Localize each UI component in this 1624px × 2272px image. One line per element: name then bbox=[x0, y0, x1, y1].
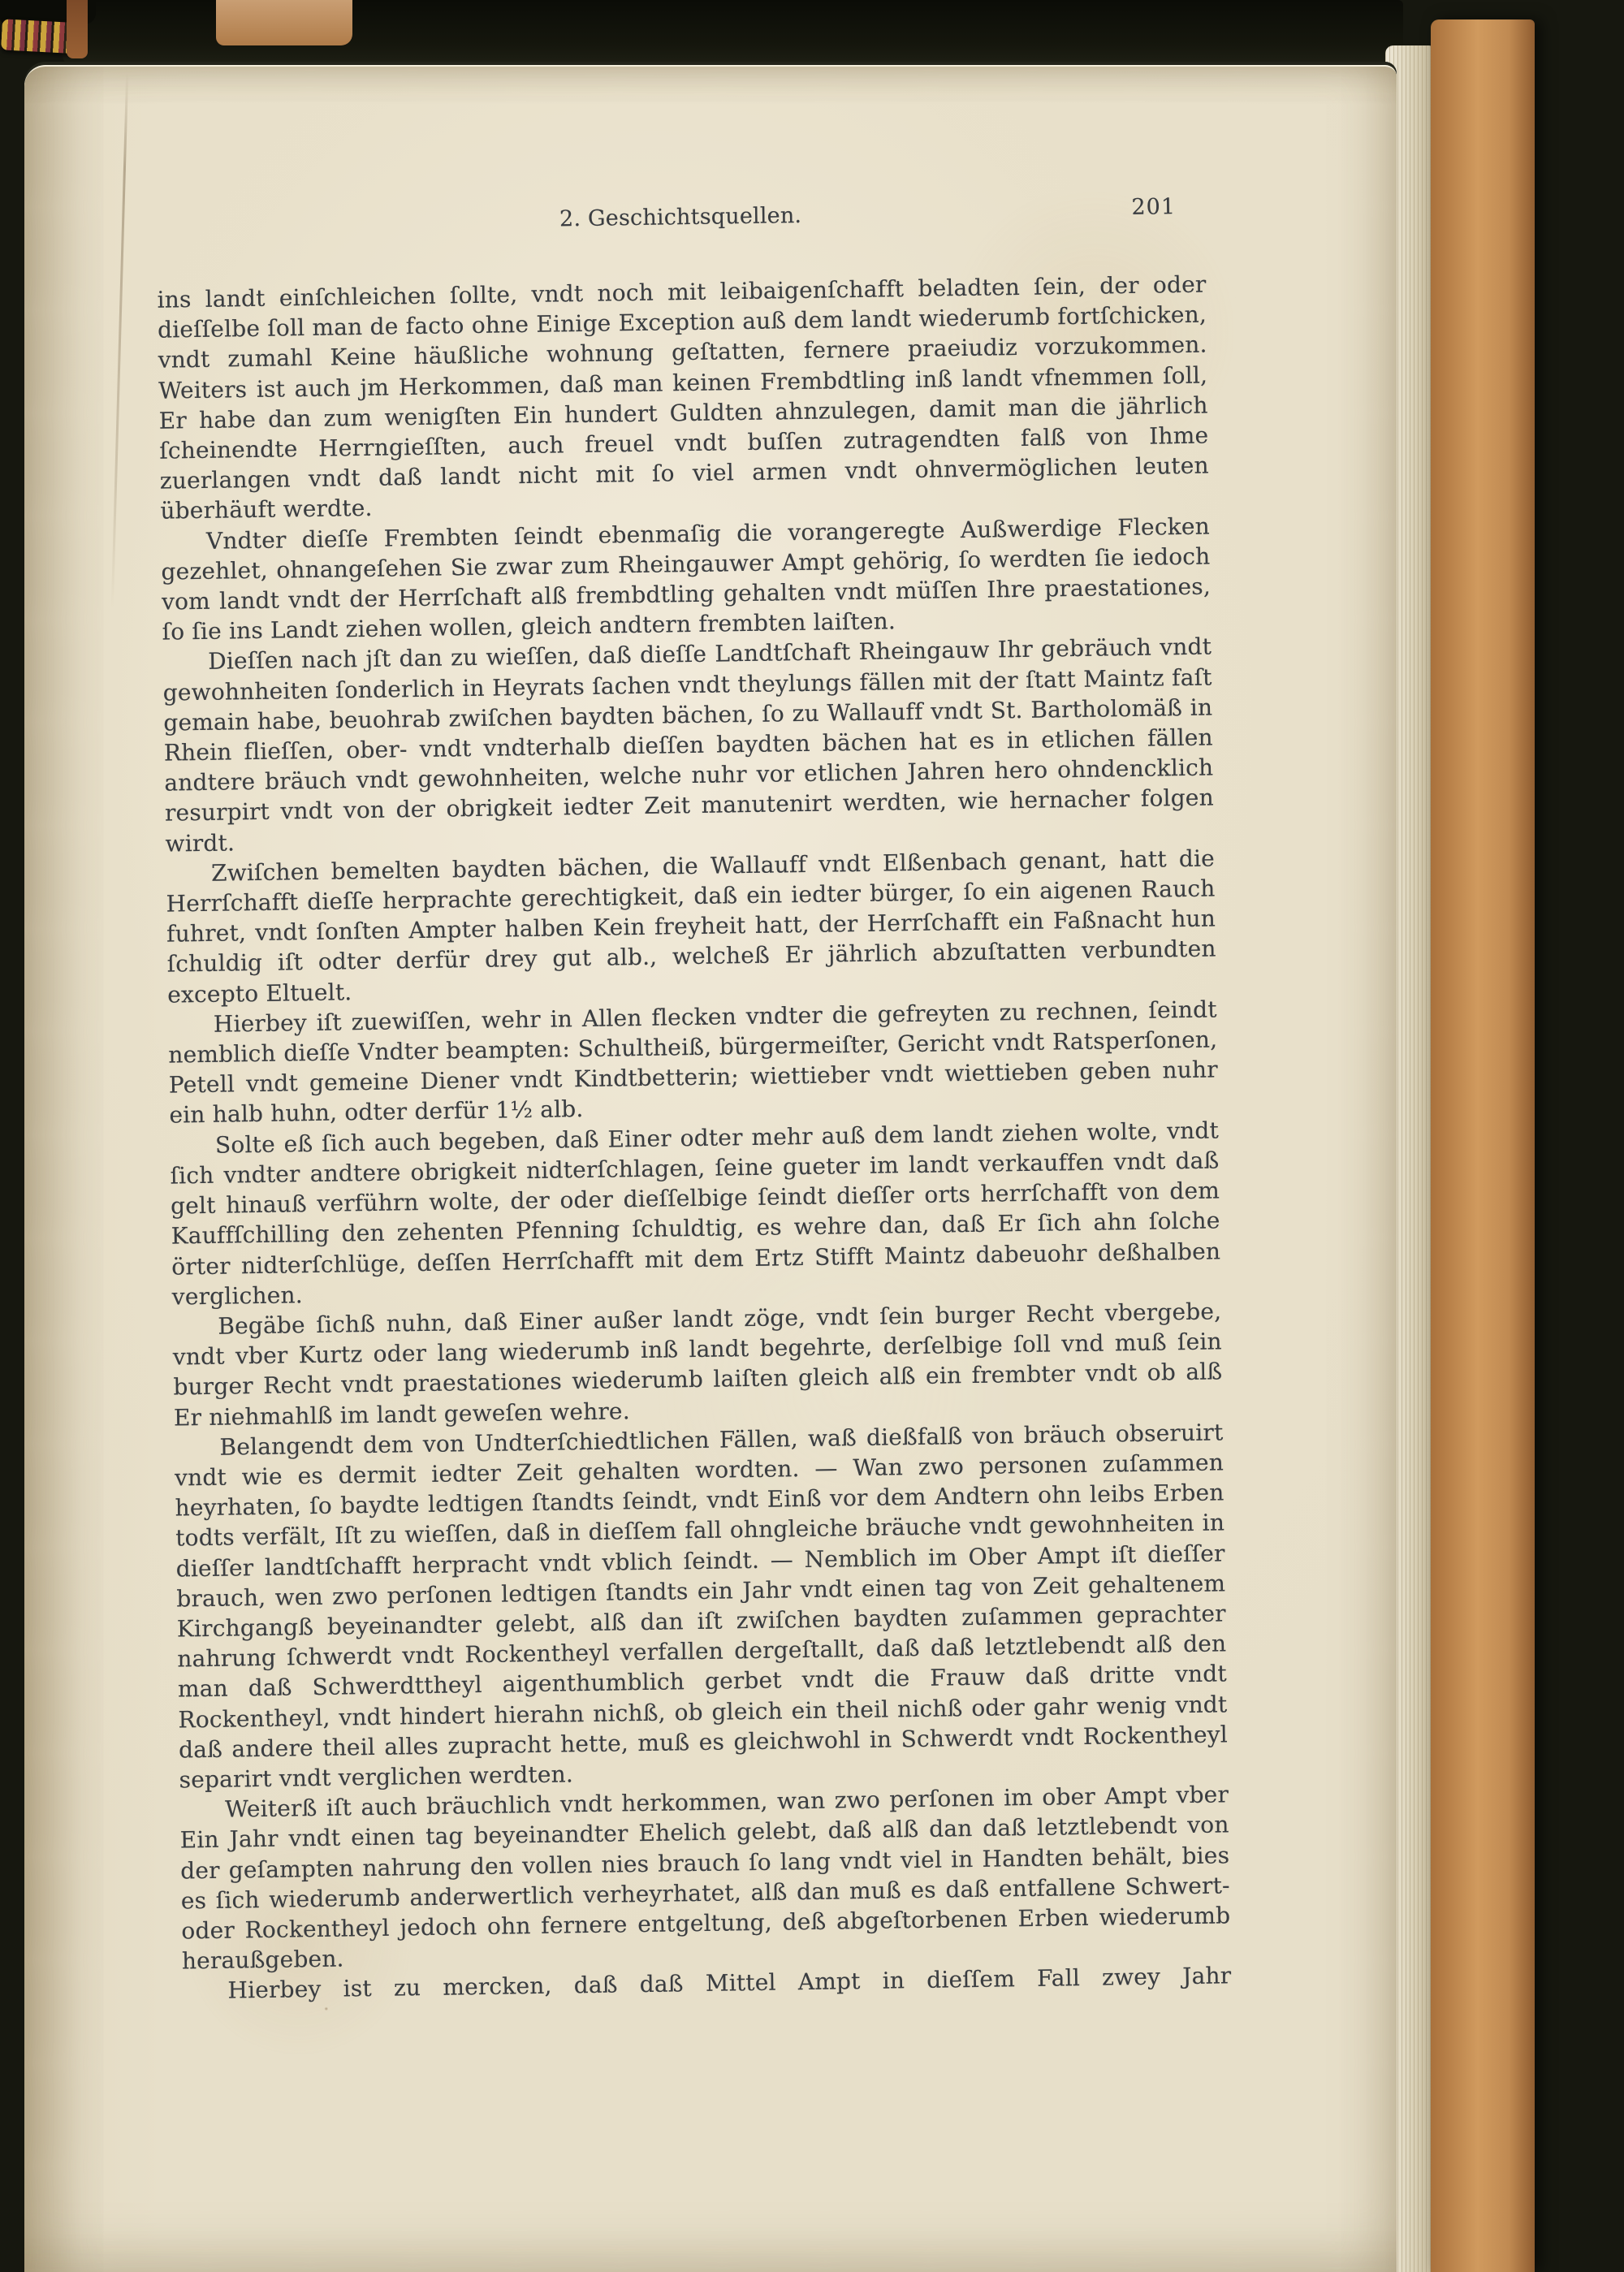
spine-leather-streak bbox=[67, 0, 88, 58]
running-head: 2. Geschichtsquellen. 201 bbox=[156, 195, 1205, 244]
body-paragraph-1: ins landt einſchleichen ſollte, vndt noc… bbox=[157, 270, 1209, 527]
section-heading: 2. Geschichtsquellen. bbox=[156, 195, 1205, 240]
body-paragraph-7: Begäbe ſichß nuhn, daß Einer außer landt… bbox=[172, 1296, 1223, 1432]
spine-leather-patch bbox=[216, 0, 352, 45]
body-paragraph-6: Solte eß ſich auch begeben, daß Einer od… bbox=[170, 1115, 1221, 1311]
body-paragraph-4: Zwiſchen bemelten baydten bächen, die Wa… bbox=[166, 843, 1217, 1009]
book-page: 2. Geschichtsquellen. 201 ins landt einſ… bbox=[24, 65, 1397, 2272]
book-fore-edge bbox=[1431, 19, 1535, 2272]
body-paragraph-9: Weiterß iſt auch bräuchlich vndt herkomm… bbox=[179, 1779, 1231, 1976]
body-paragraph-8: Belangendt dem von Undterſchiedtlichen F… bbox=[174, 1417, 1228, 1795]
page-number: 201 bbox=[1131, 192, 1176, 222]
body-paragraph-5: Hierbey iſt zuewiſſen, wehr in Allen fle… bbox=[168, 994, 1219, 1130]
body-paragraph-2: Vndter dieſſe Frembten ſeindt ebenmaſig … bbox=[161, 511, 1212, 647]
page-crease bbox=[111, 73, 128, 609]
body-paragraph-3: Dieſſen nach jſt dan zu wieſſen, daß die… bbox=[162, 632, 1215, 859]
photo-background: 2. Geschichtsquellen. 201 ins landt einſ… bbox=[0, 0, 1624, 2272]
page-text-block: 2. Geschichtsquellen. 201 ins landt einſ… bbox=[156, 195, 1232, 2007]
